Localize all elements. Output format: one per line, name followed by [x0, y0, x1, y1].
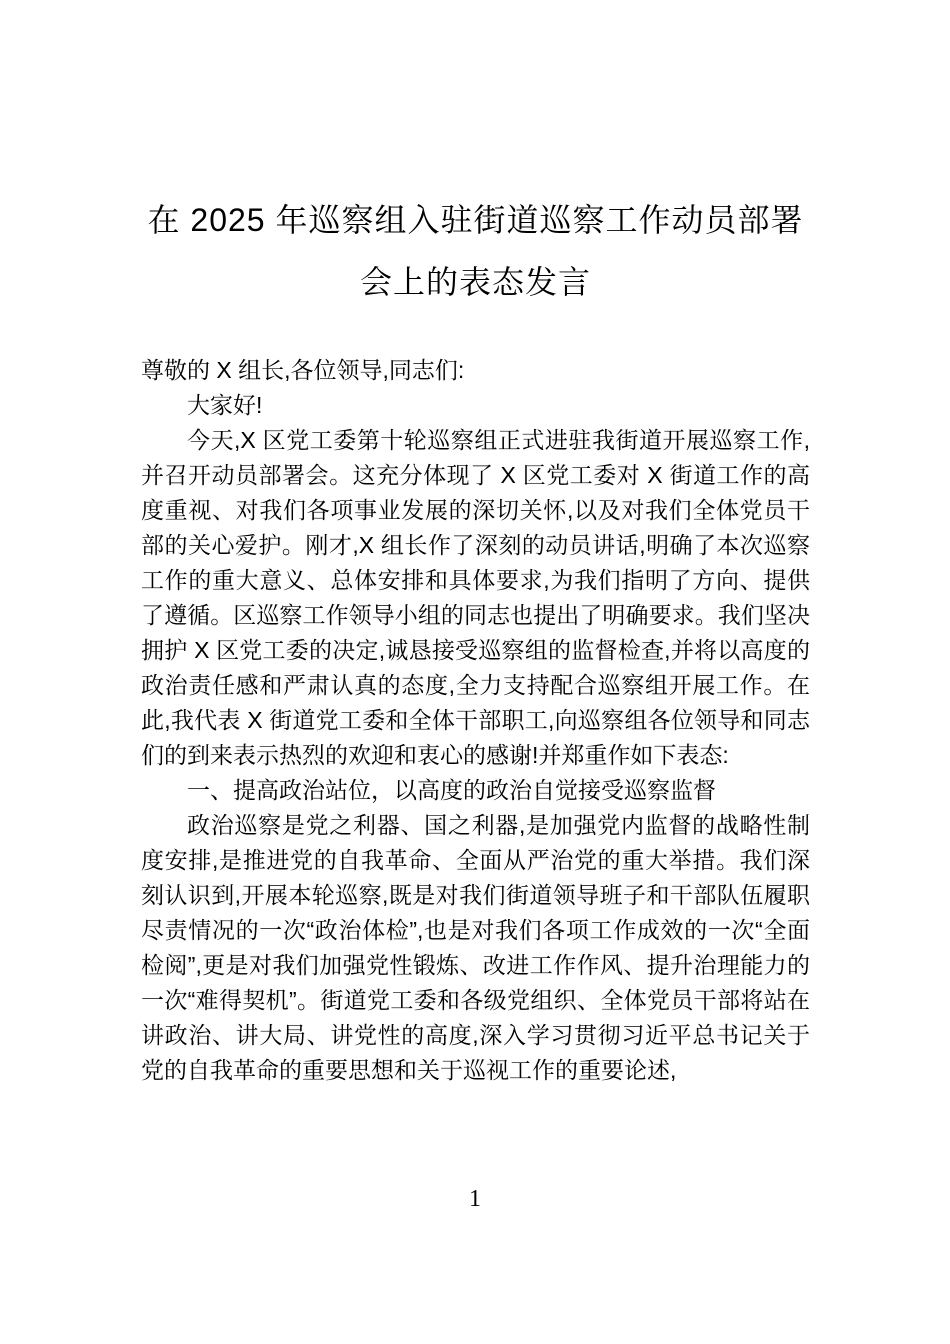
paragraph-intro: 今天,X 区党工委第十轮巡察组正式进驻我街道开展巡察工作,并召开动员部署会。这充…	[141, 423, 810, 773]
paragraph-section-one: 政治巡察是党之利器、国之利器,是加强党内监督的战略性制度安排,是推进党的自我革命…	[141, 808, 810, 1088]
document-body: 尊敬的 X 组长,各位领导,同志们: 大家好! 今天,X 区党工委第十轮巡察组正…	[141, 353, 810, 1088]
document-page: 在 2025 年巡察组入驻街道巡察工作动员部署会上的表态发言 尊敬的 X 组长,…	[0, 0, 950, 1344]
page-number: 1	[0, 1183, 950, 1215]
document-title: 在 2025 年巡察组入驻街道巡察工作动员部署会上的表态发言	[141, 189, 810, 313]
section-heading: 一、提高政治站位，以高度的政治自觉接受巡察监督	[141, 773, 810, 808]
paragraph-greeting: 大家好!	[141, 388, 810, 423]
document-content: 在 2025 年巡察组入驻街道巡察工作动员部署会上的表态发言 尊敬的 X 组长,…	[0, 0, 950, 1088]
salutation-line: 尊敬的 X 组长,各位领导,同志们:	[141, 353, 810, 388]
